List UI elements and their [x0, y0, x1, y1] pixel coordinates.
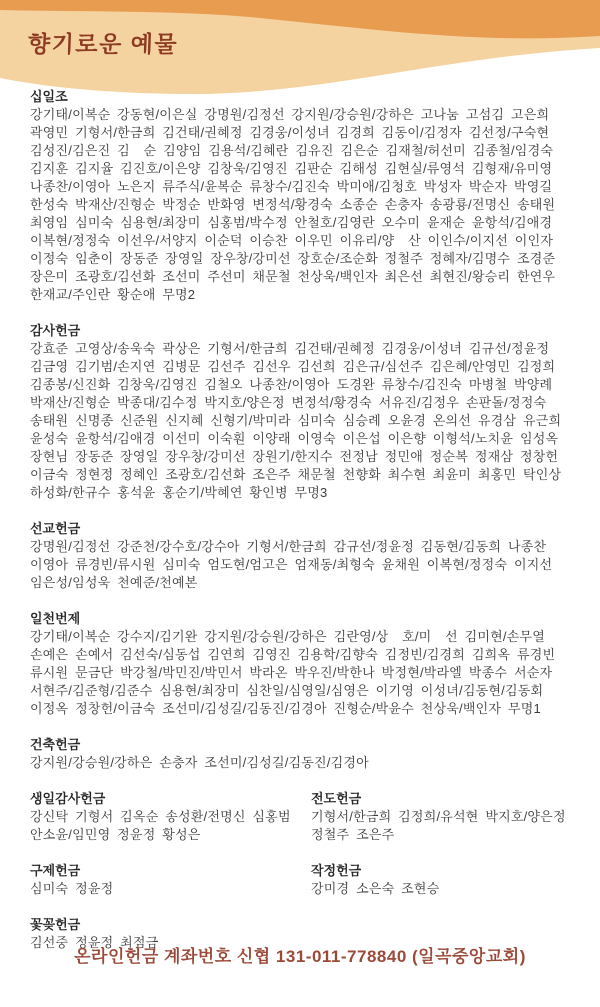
name-line: 김금영 김기범/손지연 김병문 김선주 김선우 김선희 김은규/심선주 김은혜/… — [30, 358, 571, 376]
name-line: 송태원 신명종 신준원 신지혜 신형기/박미라 심미숙 심승례 오윤경 온의선 … — [30, 412, 571, 430]
section-title-relief: 구제헌금 — [30, 862, 311, 880]
name-line: 장현님 장동준 장영일 장우창/강미선 장원기/한지수 전정남 정민애 정순복 … — [30, 448, 571, 466]
section-evangelism: 전도헌금 기형서/한금희 김정희/유석현 박지호/양은정 정철주 조은주 — [311, 790, 571, 844]
name-line: 이복현/정정숙 이선우/서양지 이순덕 이승찬 이우민 이유리/양 산 이인수/… — [30, 232, 571, 250]
name-line: 강명원/김정선 강준천/강수호/강수아 기형서/한금희 감규선/정윤정 김동현/… — [30, 538, 571, 556]
section-thanksgiving: 감사헌금 강효준 고영상/송욱숙 곽상은 기형서/한금희 김건태/권혜정 김경웅… — [30, 322, 571, 502]
name-line: 이정숙 임춘이 장동준 장영일 장우창/강미선 장호순/조순화 정철주 정혜자/… — [30, 250, 571, 268]
section-thousand-burnt-offering: 일천번제 강기태/이복순 강수지/김기완 강지원/강승원/강하은 김란영/상 호… — [30, 610, 571, 718]
name-line: 나종찬/이영아 노은지 류주식/윤복순 류창수/김진숙 박미애/김청호 박성자 … — [30, 178, 571, 196]
name-line: 정철주 조은주 — [311, 826, 571, 844]
section-pledge: 작정헌금 강미경 소은숙 조현승 — [311, 862, 571, 898]
name-line: 한성숙 박재산/진형순 박정순 반화영 변정석/황경숙 소종순 손충자 송광룡/… — [30, 196, 571, 214]
section-title-thousand-burnt-offering: 일천번제 — [30, 610, 571, 628]
name-line: 박재산/진형순 박종대/김수정 박지호/양은정 변정석/황경숙 서유진/김정우 … — [30, 394, 571, 412]
offering-content: 십일조 강기태/이복순 강동현/이은실 강명원/김정선 강지원/강승원/강하은 … — [30, 88, 571, 970]
name-line: 안소윤/임민영 정윤정 황성은 — [30, 826, 311, 844]
name-line: 한재교/주인란 황순애 무명2 — [30, 286, 571, 304]
name-line: 심미숙 정윤정 — [30, 880, 311, 898]
offering-list-page: 향기로운 예물 십일조 강기태/이복순 강동현/이은실 강명원/김정선 강지원/… — [0, 0, 600, 1007]
section-title-flower: 꽃꽂헌금 — [30, 916, 571, 934]
name-line: 강지원/강승원/강하은 손충자 조선미/김성길/김동진/김경아 — [30, 754, 571, 772]
name-line: 류시원 문금단 박강철/박민진/박민서 박라온 박우진/박한나 박정현/박라엘 … — [30, 664, 571, 682]
section-title-mission: 선교헌금 — [30, 520, 571, 538]
name-line: 곽영민 기형서/한금희 김건태/권혜정 김경웅/이성녀 김경희 김동이/김정자 … — [30, 124, 571, 142]
name-line: 강효준 고영상/송욱숙 곽상은 기형서/한금희 김건태/권혜정 김경웅/이성녀 … — [30, 340, 571, 358]
online-offering-account-info: 온라인헌금 계좌번호 신협 131-011-778840 (일곡중앙교회) — [0, 942, 600, 967]
name-line: 윤성숙 윤항석/김애경 이선미 이숙훤 이양래 이영숙 이은섭 이은향 이형석/… — [30, 430, 571, 448]
name-line: 이금숙 정현정 정혜인 조광호/김선화 조은주 채문철 천향화 최수현 최윤미 … — [30, 466, 571, 484]
name-line: 김종봉/신진화 김창욱/김영진 김철오 나종찬/이영아 도경완 류창수/김진숙 … — [30, 376, 571, 394]
name-line: 하성화/한규수 홍석윤 홍순기/박혜연 황인병 무명3 — [30, 484, 571, 502]
name-line: 임은성/임성욱 천예준/천예본 — [30, 574, 571, 592]
section-tithe: 십일조 강기태/이복순 강동현/이은실 강명원/김정선 강지원/강승원/강하은 … — [30, 88, 571, 304]
name-line: 강미경 소은숙 조현승 — [311, 880, 571, 898]
section-title-building: 건축헌금 — [30, 736, 571, 754]
section-mission: 선교헌금 강명원/김정선 강준천/강수호/강수아 기형서/한금희 감규선/정윤정… — [30, 520, 571, 592]
page-title: 향기로운 예물 — [27, 26, 178, 59]
row-relief-pledge: 구제헌금 심미숙 정윤정 작정헌금 강미경 소은숙 조현승 — [30, 862, 571, 898]
section-title-pledge: 작정헌금 — [311, 862, 571, 880]
row-birthday-evangelism: 생일감사헌금 강신탁 기형서 김옥순 송성환/전명신 심홍범 안소윤/임민영 정… — [30, 790, 571, 844]
name-line: 기형서/한금희 김정희/유석현 박지호/양은정 — [311, 808, 571, 826]
name-line: 강기태/이복순 강수지/김기완 강지원/강승원/강하은 김란영/상 호/미 선 … — [30, 628, 571, 646]
name-line: 서현주/김준형/김준수 심용현/최장미 심찬일/심영일/심영은 이기영 이성녀/… — [30, 682, 571, 700]
name-line: 이영아 류경빈/류시원 심미숙 엄도현/엄고은 엄재동/최형숙 윤채원 이복현/… — [30, 556, 571, 574]
name-line: 강신탁 기형서 김옥순 송성환/전명신 심홍범 — [30, 808, 311, 826]
section-title-thanksgiving: 감사헌금 — [30, 322, 571, 340]
section-building: 건축헌금 강지원/강승원/강하은 손충자 조선미/김성길/김동진/김경아 — [30, 736, 571, 772]
name-line: 이정옥 정창헌/이금숙 조선미/김성길/김동진/김경아 진형순/박윤수 천상욱/… — [30, 700, 571, 718]
section-relief: 구제헌금 심미숙 정윤정 — [30, 862, 311, 898]
section-title-evangelism: 전도헌금 — [311, 790, 571, 808]
name-line: 강기태/이복순 강동현/이은실 강명원/김정선 강지원/강승원/강하은 고나눔 … — [30, 106, 571, 124]
section-birthday-thanksgiving: 생일감사헌금 강신탁 기형서 김옥순 송성환/전명신 심홍범 안소윤/임민영 정… — [30, 790, 311, 844]
name-line: 손예은 손예서 김선숙/심동섭 김연희 김영진 김용학/김향숙 김정빈/김경희 … — [30, 646, 571, 664]
section-title-tithe: 십일조 — [30, 88, 571, 106]
name-line: 김성진/김은진 김 순 김양임 김용석/김혜란 김유진 김은순 김재철/허선미 … — [30, 142, 571, 160]
section-title-birthday-thanksgiving: 생일감사헌금 — [30, 790, 311, 808]
name-line: 김지훈 김지율 김진호/이은양 김창욱/김영진 김판순 김해성 김현실/류영석 … — [30, 160, 571, 178]
name-line: 장은미 조광호/김선화 조선미 주선미 채문철 천상욱/백인자 최은선 최현진/… — [30, 268, 571, 286]
name-line: 최영임 심미숙 심용현/최장미 심홍범/박수정 안철호/김영란 오수미 윤재순 … — [30, 214, 571, 232]
